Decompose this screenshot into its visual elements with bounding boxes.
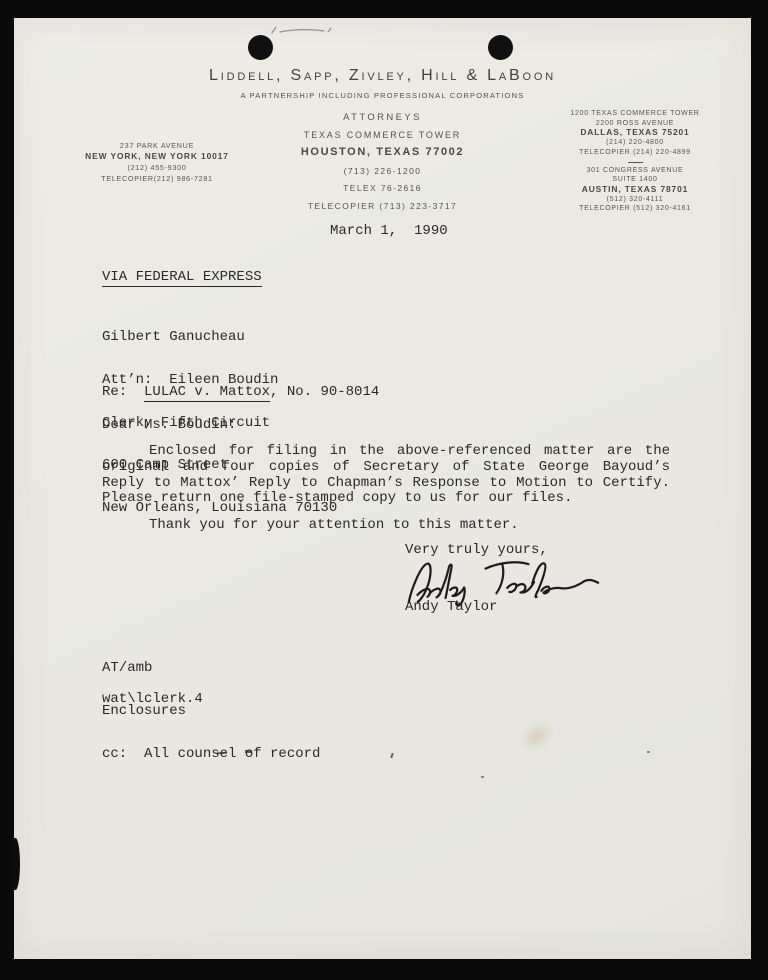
case-number: , No. 90-8014	[270, 384, 379, 400]
re-line: Re: LULAC v. Mattox, No. 90-8014	[102, 385, 379, 399]
paragraph-line: Reply to Mattox’ Reply to Chapman’s Resp…	[102, 476, 670, 492]
hole-punch-right	[488, 35, 513, 60]
newyork-city: NEW YORK, NEW YORK 10017	[52, 151, 262, 162]
austin-address: 301 CONGRESS AVENUE	[530, 166, 740, 176]
file-reference: wat\lclerk.4	[102, 692, 203, 706]
dallas-telecopier: TELECOPIER (214) 220-4899	[530, 148, 740, 158]
stray-tick-mark	[390, 753, 393, 758]
austin-phone: (512) 320-4111	[530, 195, 740, 205]
austin-city: AUSTIN, TEXAS 78701	[530, 185, 740, 195]
newyork-telecopier: TELECOPIER(212) 986-7281	[52, 173, 262, 184]
letterhead-subtitle: A PARTNERSHIP INCLUDING PROFESSIONAL COR…	[14, 91, 751, 100]
delivery-method-text: VIA FEDERAL EXPRESS	[102, 269, 262, 287]
dallas-building: 1200 TEXAS COMMERCE TOWER	[530, 109, 740, 119]
paper-stain	[515, 716, 559, 757]
dallas-city: DALLAS, TEXAS 75201	[530, 128, 740, 138]
office-divider	[628, 162, 643, 163]
reference-block: AT/amb Enclosures cc: All counsel of rec…	[102, 633, 320, 789]
paper-edge-curl	[11, 838, 20, 890]
letterhead-dallas-austin-offices: 1200 TEXAS COMMERCE TOWER 2200 ROSS AVEN…	[530, 109, 740, 214]
cc-line: cc: All counsel of record	[102, 747, 320, 761]
newyork-phone: (212) 455-9300	[52, 162, 262, 173]
letterhead-newyork-office: 237 PARK AVENUE NEW YORK, NEW YORK 10017…	[52, 140, 262, 184]
paragraph-line: Please return one file-stamped copy to u…	[102, 491, 670, 507]
delivery-method: VIA FEDERAL EXPRESS	[102, 270, 262, 284]
reference-initials: AT/amb	[102, 661, 320, 675]
scan-background: Liddell, Sapp, Zivley, Hill & LaBoon A P…	[0, 0, 768, 980]
dallas-phone: (214) 220-4800	[530, 138, 740, 148]
paragraph-line: original and four copies of Secretary of…	[102, 460, 670, 476]
recipient-name: Gilbert Ganucheau	[102, 330, 337, 344]
typed-signature-name: Andy Taylor	[405, 600, 497, 614]
pen-mark	[266, 24, 336, 38]
firm-name: Liddell, Sapp, Zivley, Hill & LaBoon	[14, 67, 751, 85]
hole-punch-left	[248, 35, 273, 60]
letter-date: March 1, 1990	[330, 224, 448, 238]
stray-speck	[481, 776, 484, 778]
stray-speck	[647, 751, 650, 753]
body-paragraph-2: Thank you for your attention to this mat…	[102, 518, 519, 532]
austin-telecopier: TELECOPIER (512) 320-4161	[530, 204, 740, 214]
salutation: Dear Ms. Boudin:	[102, 418, 236, 432]
letter-page: Liddell, Sapp, Zivley, Hill & LaBoon A P…	[14, 18, 751, 959]
body-paragraph-1: Enclosed for filing in the above-referen…	[102, 444, 670, 507]
newyork-address: 237 PARK AVENUE	[52, 140, 262, 151]
re-prefix: Re:	[102, 384, 144, 400]
case-name: LULAC v. Mattox	[144, 384, 270, 402]
paragraph-line: Enclosed for filing in the above-referen…	[102, 444, 670, 460]
